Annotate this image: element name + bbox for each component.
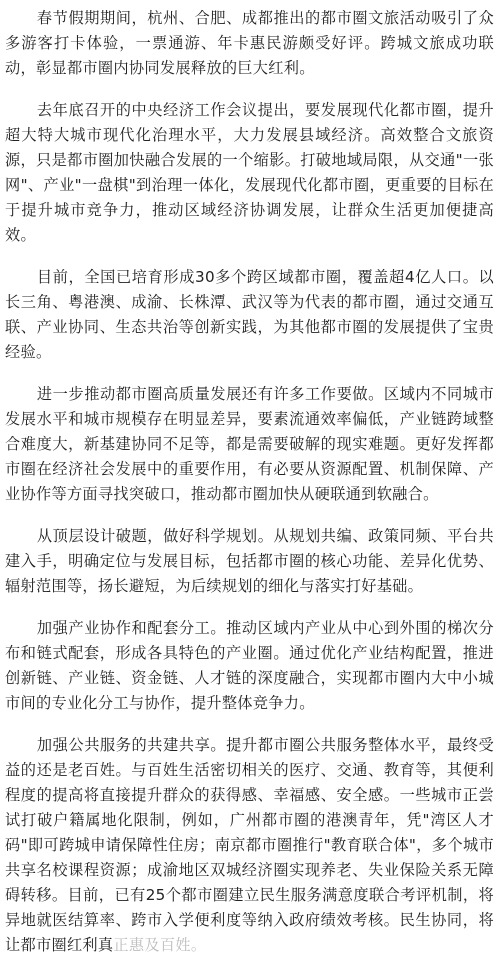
article-body: 春节假期期间，杭州、合肥、成都推出的都市圈文旅活动吸引了众多游客打卡体验，一票通… (0, 0, 500, 953)
watermark-faded-text: 正惠及百姓。 (113, 936, 206, 953)
paragraph: 目前，全国已培育形成30多个跨区域都市圈，覆盖超4亿人口。以长三角、粤港澳、成渝… (5, 265, 494, 365)
paragraph: 去年底召开的中央经济工作会议提出，要发展现代化都市圈，提升超大特大城市现代化治理… (5, 98, 494, 248)
paragraph-text: 加强公共服务的共建共享。提升都市圈公共服务整体水平，最终受益的还是老百姓。与百姓… (5, 736, 494, 953)
paragraph: 加强产业协作和配套分工。推动区域内产业从中心到外围的梯次分布和链式配套，形成各具… (5, 616, 494, 716)
paragraph-last: 加强公共服务的共建共享。提升都市圈公共服务整体水平，最终受益的还是老百姓。与百姓… (5, 733, 494, 953)
paragraph: 从顶层设计破题，做好科学规划。从规划共编、政策同频、平台共建入手，明确定位与发展… (5, 524, 494, 599)
paragraph: 春节假期期间，杭州、合肥、成都推出的都市圈文旅活动吸引了众多游客打卡体验，一票通… (5, 6, 494, 81)
paragraph: 进一步推动都市圈高质量发展还有许多工作要做。区域内不同城市发展水平和城市规模存在… (5, 382, 494, 507)
